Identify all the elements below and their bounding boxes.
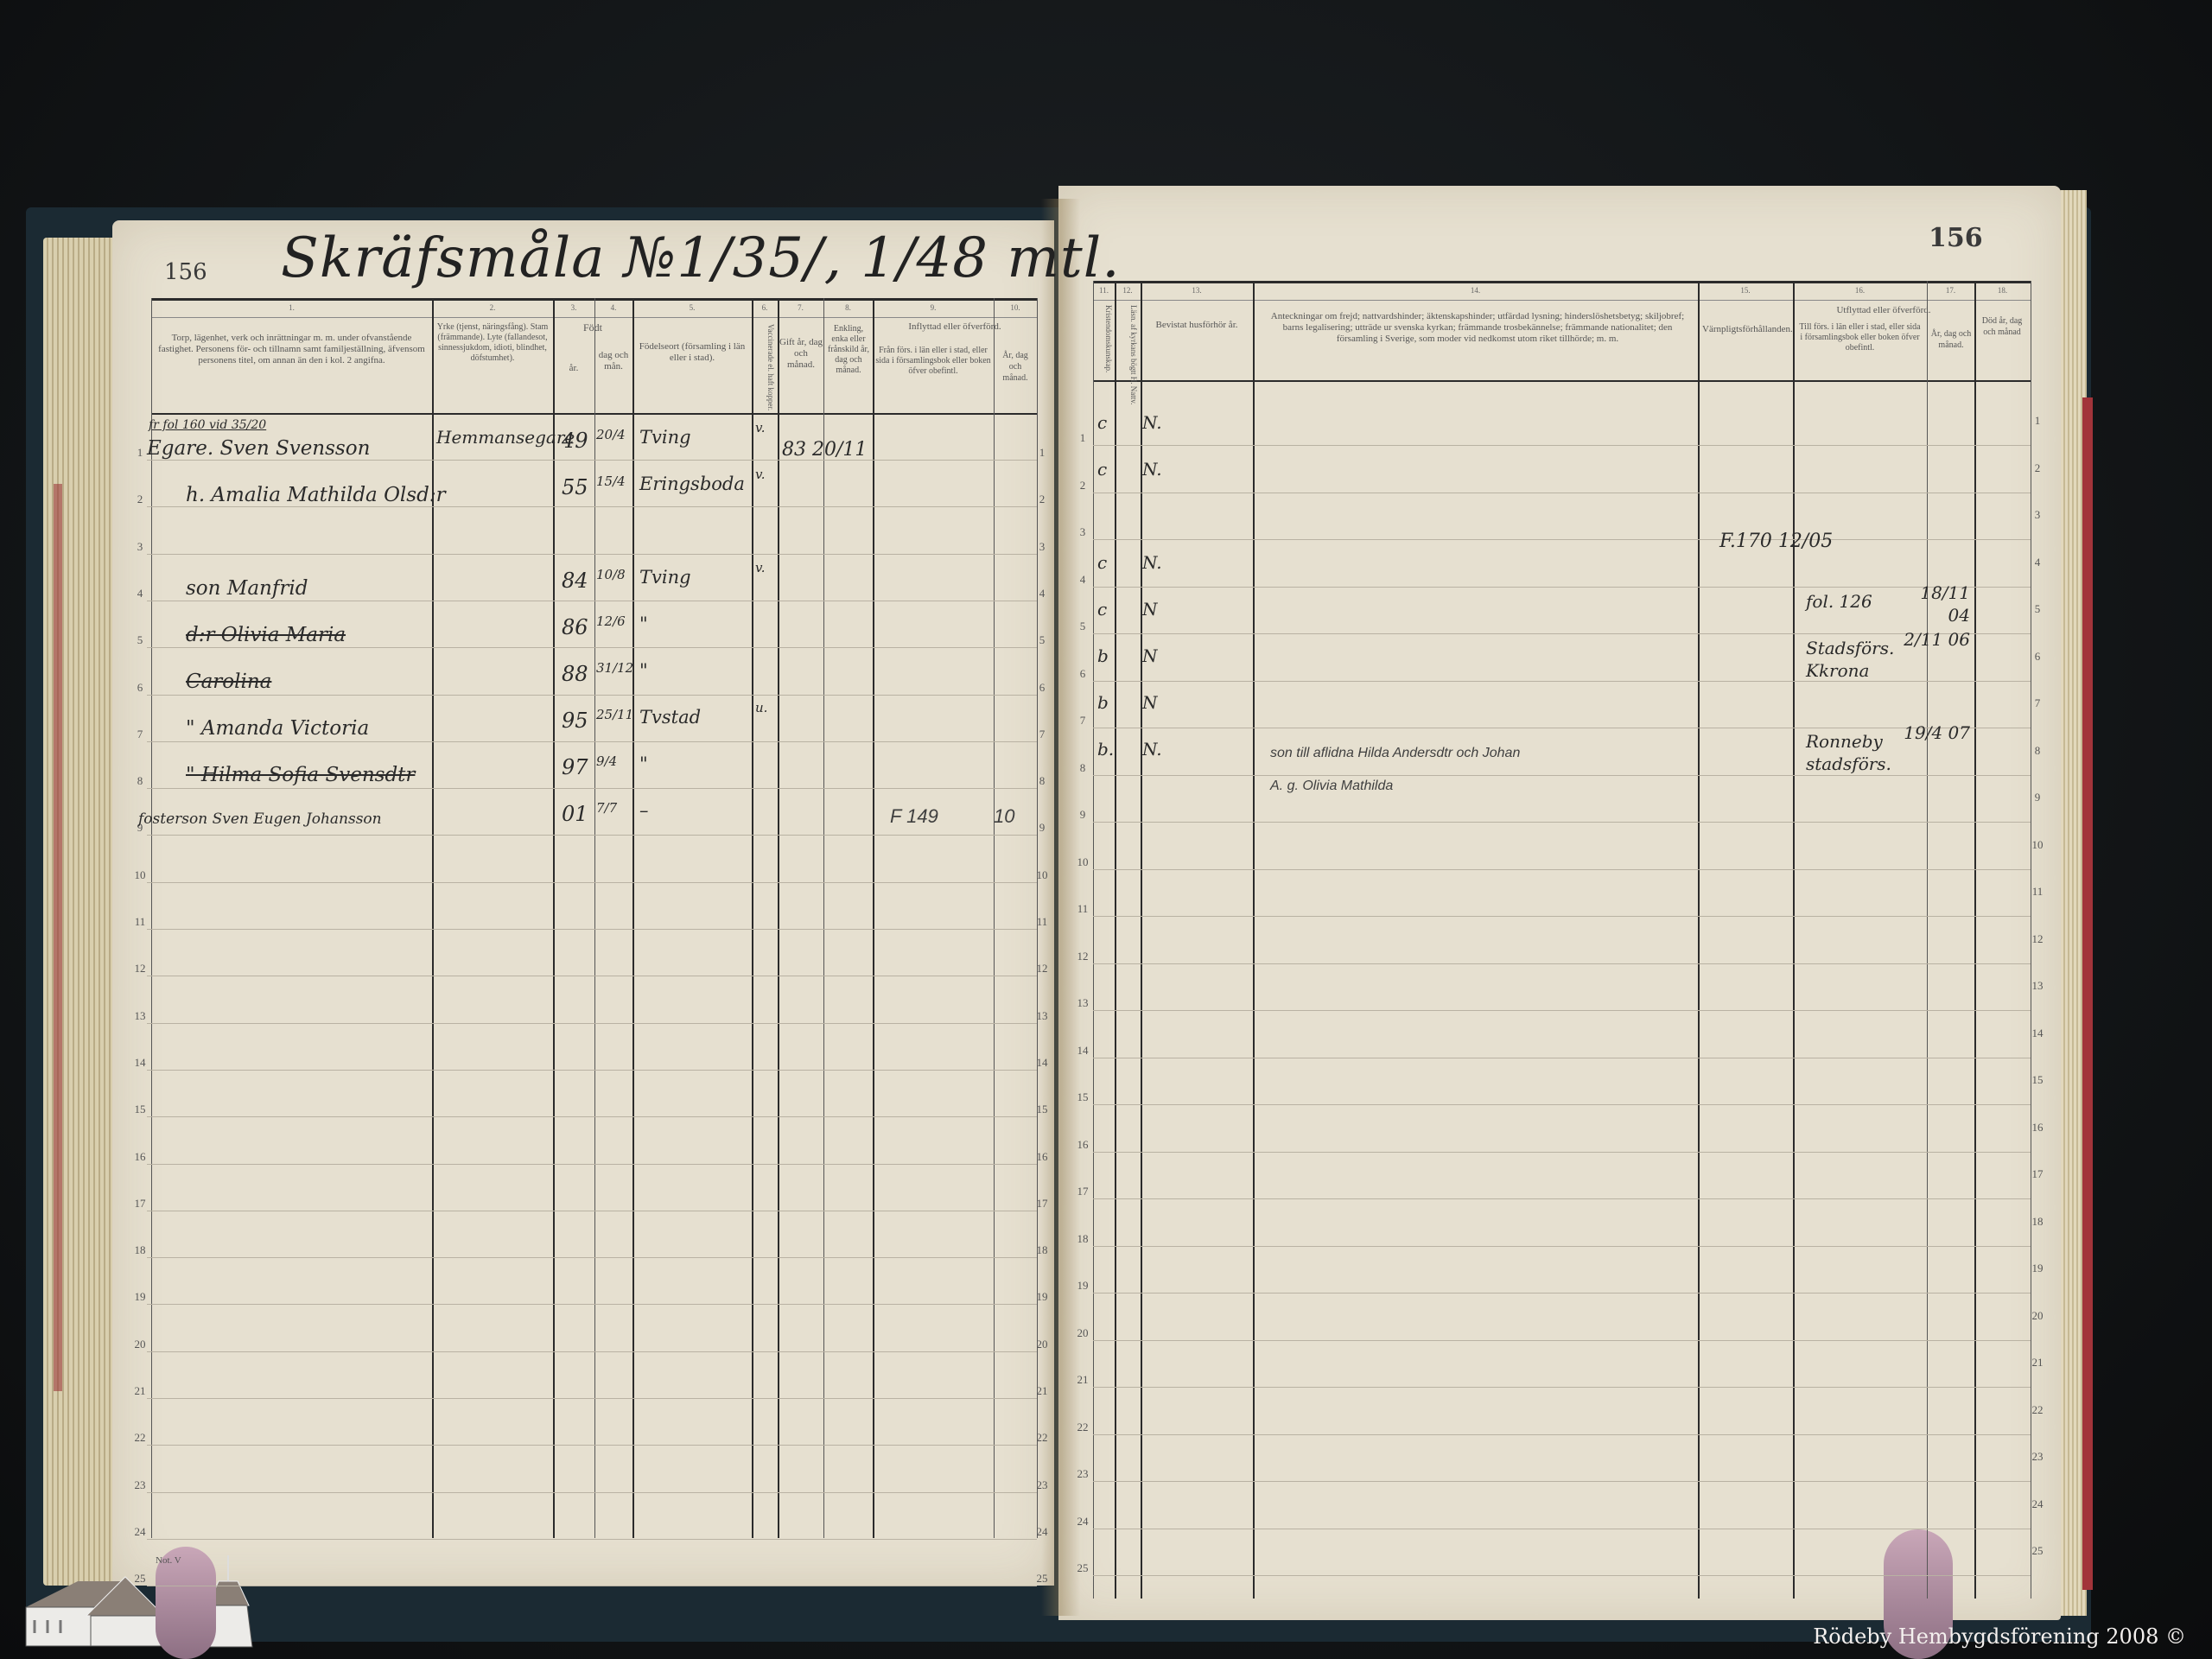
page-title: Skräfsmåla №1/35/, 1/48 mtl.	[281, 226, 1121, 290]
left-column-number: 10.	[994, 303, 1037, 312]
right-page-number: 156	[1929, 223, 1983, 253]
right-row-number-right: 7	[2029, 696, 2046, 710]
right-row-number-right: 3	[2029, 508, 2046, 522]
header-col11: Kristendomskunskap.	[1095, 305, 1114, 372]
entry-notes: son till aflidna Hilda Andersdtr och Joh…	[1270, 746, 1520, 761]
right-column-number: 16.	[1793, 286, 1927, 295]
right-row-number-left: 13	[1074, 996, 1091, 1010]
left-column-number: 9.	[873, 303, 994, 312]
right-row-number-right: 14	[2029, 1027, 2046, 1040]
entry-birth-year: 01	[562, 802, 588, 826]
right-row-number-right: 10	[2029, 838, 2046, 852]
left-footer: Not. V	[156, 1555, 181, 1567]
entry-birthplace: "	[639, 660, 648, 681]
entry-birthplace: Tving	[639, 567, 691, 588]
left-column-divider	[778, 298, 779, 1538]
entry-nattvard: N	[1142, 645, 1158, 666]
entry-name: d:r Olivia Maria	[186, 624, 346, 646]
right-row-number-right: 2	[2029, 461, 2046, 475]
entry-nattvard: N	[1142, 599, 1158, 620]
left-row-number: 13	[131, 1009, 149, 1023]
entry-moved-to-date: 18/11 04	[1901, 582, 1970, 626]
left-row-rule	[147, 882, 1037, 883]
header-col15: Värnpligtsförhållanden.	[1702, 324, 1789, 335]
right-row-number-left: 8	[1074, 761, 1091, 775]
left-column-number: 1.	[151, 303, 432, 312]
entry-birth-daymonth: 9/4	[596, 753, 617, 769]
right-row-number-right: 16	[2029, 1121, 2046, 1135]
right-column-divider	[1115, 281, 1116, 1599]
right-row-number-right: 20	[2029, 1309, 2046, 1323]
right-row-number-right: 4	[2029, 556, 2046, 569]
left-row-number: 19	[131, 1290, 149, 1304]
entry-kristendom: b	[1097, 645, 1109, 666]
entry-nattvard: N.	[1142, 739, 1162, 760]
left-row-number-right: 4	[1033, 587, 1051, 601]
right-row-rule	[1093, 1387, 2031, 1388]
left-row-number: 10	[131, 868, 149, 882]
entry-name: h. Amalia Mathilda Olsd:r	[186, 484, 446, 506]
entry-birth-daymonth: 31/12	[596, 660, 633, 676]
header-col5: Födelseort (församling i län eller i sta…	[637, 341, 747, 364]
right-row-rule	[1093, 1058, 2031, 1058]
left-row-rule	[147, 460, 1037, 461]
right-row-number-right: 6	[2029, 650, 2046, 664]
header-col10: År, dag och månad.	[995, 350, 1035, 384]
left-row-number-right: 5	[1033, 633, 1051, 647]
entry-name: " Hilma Sofia Svensdtr	[186, 764, 415, 786]
right-row-rule	[1093, 1152, 2031, 1153]
entry-varnplikt: F.170 12/05	[1719, 531, 1833, 552]
left-row-number-right: 15	[1033, 1103, 1051, 1116]
right-row-number-left: 21	[1074, 1373, 1091, 1387]
left-row-number: 7	[131, 728, 149, 741]
entry-name: son Manfrid	[186, 577, 308, 600]
right-row-number-left: 4	[1074, 573, 1091, 587]
entry-notes: A. g. Olivia Mathilda	[1270, 779, 1393, 794]
right-row-number-right: 11	[2029, 885, 2046, 899]
left-row-number-right: 21	[1033, 1384, 1051, 1398]
left-row-number-right: 11	[1033, 915, 1051, 929]
left-row-number-right: 13	[1033, 1009, 1051, 1023]
left-row-number: 4	[131, 587, 149, 601]
left-row-rule	[147, 554, 1037, 555]
left-row-number: 1	[131, 446, 149, 460]
entry-birthplace: "	[639, 753, 648, 774]
header-col17: År, dag och månad.	[1929, 328, 1974, 351]
header-utflyttad: Utflyttad eller öfverförd.	[1797, 305, 1970, 316]
right-row-number-left: 17	[1074, 1185, 1091, 1198]
left-column-number: 3.	[553, 303, 594, 312]
right-row-number-right: 13	[2029, 979, 2046, 993]
right-column-divider	[1927, 281, 1928, 1599]
header-col18: Död år, dag och månad	[1976, 315, 2028, 338]
left-row-rule	[147, 1351, 1037, 1352]
left-row-number-right: 8	[1033, 774, 1051, 788]
left-row-number: 2	[131, 493, 149, 506]
left-row-number-right: 25	[1033, 1572, 1051, 1586]
left-column-divider	[994, 298, 995, 1538]
right-row-rule	[1093, 587, 2031, 588]
right-row-number-left: 25	[1074, 1561, 1091, 1575]
right-row-number-right: 5	[2029, 602, 2046, 616]
entry-birthplace: Tving	[639, 427, 691, 448]
entry-birth-year: 97	[562, 755, 588, 779]
right-row-number-right: 24	[2029, 1497, 2046, 1511]
right-row-number-left: 14	[1074, 1044, 1091, 1058]
left-row-rule	[147, 1586, 1037, 1586]
entry-nattvard: N	[1142, 692, 1158, 713]
left-row-number: 17	[131, 1197, 149, 1211]
left-row-rule	[147, 835, 1037, 836]
header-col14: Anteckningar om frejd; nattvardshinder; …	[1270, 311, 1685, 345]
right-row-rule	[1093, 1104, 2031, 1105]
left-row-rule	[147, 788, 1037, 789]
left-column-divider	[151, 298, 152, 1538]
entry-birth-daymonth: 15/4	[596, 474, 626, 489]
entry-moved-date: 10	[994, 805, 1014, 828]
right-page	[1058, 186, 2061, 1620]
left-row-rule	[147, 1398, 1037, 1399]
left-row-number-right: 16	[1033, 1150, 1051, 1164]
entry-birth-year: 86	[562, 615, 588, 639]
right-row-number-right: 17	[2029, 1167, 2046, 1181]
right-row-number-left: 22	[1074, 1421, 1091, 1434]
entry-kristendom: c	[1097, 552, 1107, 573]
watermark: Rödeby Hembygdsförening 2008 ©	[1813, 1624, 2186, 1649]
left-row-rule	[147, 929, 1037, 930]
left-row-number-right: 10	[1033, 868, 1051, 882]
entry-vaccinated: u.	[755, 700, 767, 715]
right-row-number-left: 15	[1074, 1090, 1091, 1104]
right-row-number-left: 3	[1074, 525, 1091, 539]
reference-note: fr fol 160 vid 35/20	[149, 418, 266, 432]
left-row-number: 12	[131, 962, 149, 976]
left-row-number: 16	[131, 1150, 149, 1164]
right-row-rule	[1093, 869, 2031, 870]
right-column-divider	[1974, 281, 1976, 1599]
right-column-divider	[1093, 281, 1094, 1599]
entry-birth-daymonth: 10/8	[596, 567, 626, 582]
left-row-rule	[147, 695, 1037, 696]
left-row-number-right: 3	[1033, 540, 1051, 554]
left-row-number: 25	[131, 1572, 149, 1586]
right-row-rule	[1093, 445, 2031, 446]
left-column-number: 5.	[632, 303, 752, 312]
right-row-number-left: 23	[1074, 1467, 1091, 1481]
entry-birth-year: 55	[562, 475, 588, 499]
left-row-rule	[147, 1445, 1037, 1446]
right-column-number: 11.	[1093, 286, 1115, 295]
left-row-rule	[147, 506, 1037, 507]
right-column-number: 14.	[1253, 286, 1698, 295]
left-column-divider	[632, 298, 634, 1538]
left-row-rule	[147, 1492, 1037, 1493]
right-row-rule	[1093, 1246, 2031, 1247]
left-page-number: 156	[164, 259, 207, 285]
right-column-number: 13.	[1141, 286, 1253, 295]
left-row-number: 20	[131, 1338, 149, 1351]
left-row-number-right: 20	[1033, 1338, 1051, 1351]
right-row-number-right: 19	[2029, 1262, 2046, 1275]
right-row-rule	[1093, 1010, 2031, 1011]
entry-moved-to-date: 2/11 06	[1901, 628, 1970, 651]
right-header-bottom-rule	[1093, 380, 2031, 382]
entry-birth-daymonth: 12/6	[596, 613, 626, 629]
right-row-number-left: 1	[1074, 431, 1091, 445]
right-row-number-left: 19	[1074, 1279, 1091, 1293]
header-col16: Till förs. i län eller i stad, eller sid…	[1797, 322, 1923, 353]
header-col7: Gift år, dag och månad.	[779, 337, 823, 371]
right-row-number-left: 11	[1074, 902, 1091, 916]
header-col9: Från förs. i län eller i stad, eller sid…	[874, 346, 992, 377]
right-column-number: 12.	[1115, 286, 1141, 295]
left-row-number-right: 19	[1033, 1290, 1051, 1304]
right-row-rule	[1093, 1340, 2031, 1341]
left-row-number-right: 22	[1033, 1431, 1051, 1445]
left-row-rule	[147, 1257, 1037, 1258]
left-column-divider	[873, 298, 874, 1538]
entry-married: 83 20/11	[782, 439, 867, 461]
right-row-number-left: 6	[1074, 667, 1091, 681]
right-column-divider	[1253, 281, 1255, 1599]
left-row-number: 18	[131, 1243, 149, 1257]
right-row-number-right: 21	[2029, 1356, 2046, 1370]
entry-vaccinated: v.	[755, 467, 765, 482]
left-row-number-right: 2	[1033, 493, 1051, 506]
left-row-rule	[147, 741, 1037, 742]
left-row-number: 15	[131, 1103, 149, 1116]
right-row-rule	[1093, 493, 2031, 493]
church-logo-icon	[17, 1547, 276, 1650]
right-row-number-right: 9	[2029, 791, 2046, 804]
entry-birth-year: 95	[562, 709, 588, 733]
header-col13: Bevistat husförhör år.	[1149, 320, 1244, 331]
left-row-number: 5	[131, 633, 149, 647]
entry-nattvard: N.	[1142, 552, 1162, 573]
left-row-rule	[147, 1070, 1037, 1071]
header-col8: Enkling, enka eller frånskild år, dag oc…	[825, 324, 872, 376]
left-row-rule	[147, 647, 1037, 648]
right-row-rule	[1093, 1198, 2031, 1199]
left-column-number: 2.	[432, 303, 553, 312]
entry-name: fosterson Sven Eugen Johansson	[138, 810, 382, 828]
right-row-rule	[1093, 1529, 2031, 1529]
right-row-rule	[1093, 963, 2031, 964]
left-row-number: 3	[131, 540, 149, 554]
right-row-number-left: 12	[1074, 950, 1091, 963]
left-column-number: 4.	[594, 303, 632, 312]
entry-birth-daymonth: 25/11	[596, 707, 633, 722]
right-row-number-left: 20	[1074, 1326, 1091, 1340]
right-column-number: 17.	[1927, 286, 1974, 295]
left-row-rule	[147, 976, 1037, 976]
right-row-number-right: 12	[2029, 932, 2046, 946]
left-column-number: 8.	[823, 303, 873, 312]
right-row-number-right: 1	[2029, 414, 2046, 428]
entry-name: Carolina	[186, 671, 271, 693]
left-row-number-right: 17	[1033, 1197, 1051, 1211]
right-row-number-left: 24	[1074, 1515, 1091, 1529]
right-row-rule	[1093, 1575, 2031, 1576]
left-row-rule	[147, 1304, 1037, 1305]
entry-birth-year: 88	[562, 662, 588, 686]
left-row-number-right: 18	[1033, 1243, 1051, 1257]
header-inflyttad: Inflyttad eller öfverförd.	[874, 321, 1035, 333]
left-row-number-right: 9	[1033, 821, 1051, 835]
right-row-number-right: 25	[2029, 1544, 2046, 1558]
right-row-number-left: 16	[1074, 1138, 1091, 1152]
left-row-number: 6	[131, 681, 149, 695]
right-row-rule	[1093, 539, 2031, 540]
entry-moved-to-date: 19/4 07	[1901, 721, 1970, 744]
left-column-divider	[823, 298, 824, 1538]
header-fodd: Födt	[553, 322, 632, 334]
left-row-number: 22	[131, 1431, 149, 1445]
left-column-divider	[594, 298, 595, 1538]
entry-birthplace: –	[639, 800, 649, 821]
entry-vaccinated: v.	[755, 420, 765, 435]
left-column-number: 7.	[778, 303, 823, 312]
left-row-number-right: 23	[1033, 1478, 1051, 1492]
entry-kristendom: b.	[1097, 739, 1114, 760]
entry-kristendom: c	[1097, 412, 1107, 433]
left-row-rule	[147, 1539, 1037, 1540]
left-column-divider	[752, 298, 753, 1538]
right-row-rule	[1093, 728, 2031, 728]
left-row-number: 23	[131, 1478, 149, 1492]
right-row-rule	[1093, 822, 2031, 823]
entry-birthplace: Eringsboda	[639, 474, 745, 494]
right-row-number-right: 22	[2029, 1403, 2046, 1417]
left-row-number: 8	[131, 774, 149, 788]
entry-name: Egare. Sven Svensson	[147, 437, 370, 460]
right-row-rule	[1093, 633, 2031, 634]
right-column-number: 15.	[1698, 286, 1793, 295]
left-column-divider	[553, 298, 555, 1538]
left-row-number-right: 14	[1033, 1056, 1051, 1070]
entry-vaccinated: v.	[755, 560, 765, 575]
left-row-rule	[147, 1023, 1037, 1024]
left-row-number: 24	[131, 1525, 149, 1539]
red-page-edge-right	[2082, 397, 2093, 1590]
left-row-number-right: 1	[1033, 446, 1051, 460]
entry-birthplace: Tvstad	[639, 707, 701, 728]
right-column-number-rule	[1093, 300, 2031, 301]
left-row-number-right: 12	[1033, 962, 1051, 976]
left-row-rule	[147, 1211, 1037, 1211]
header-col12: Läsn. af kyrkans bögtt H. Nattv.	[1116, 305, 1139, 404]
entry-name: " Amanda Victoria	[186, 717, 369, 740]
right-column-divider	[1698, 281, 1700, 1599]
right-row-number-right: 23	[2029, 1450, 2046, 1464]
right-row-number-left: 7	[1074, 714, 1091, 728]
left-row-number: 14	[131, 1056, 149, 1070]
header-col1: Torp, lägenhet, verk och inrättningar m.…	[156, 333, 428, 366]
red-page-edge-left	[54, 484, 62, 1391]
right-header-top-rule	[1093, 281, 2031, 283]
right-column-number: 18.	[1974, 286, 2031, 295]
header-col3: år.	[553, 363, 594, 374]
entry-kristendom: c	[1097, 599, 1107, 620]
right-row-number-left: 2	[1074, 479, 1091, 493]
left-row-rule	[147, 1116, 1037, 1117]
left-row-number: 11	[131, 915, 149, 929]
left-row-number-right: 24	[1033, 1525, 1051, 1539]
right-row-rule	[1093, 1481, 2031, 1482]
header-col4: dag och mån.	[594, 350, 632, 372]
left-row-number: 21	[131, 1384, 149, 1398]
entry-occupation: Hemmansegare	[436, 427, 575, 448]
right-row-number-left: 10	[1074, 855, 1091, 869]
right-row-number-left: 9	[1074, 808, 1091, 822]
right-row-number-left: 18	[1074, 1232, 1091, 1246]
left-row-number-right: 7	[1033, 728, 1051, 741]
right-row-number-right: 18	[2029, 1215, 2046, 1229]
entry-birthplace: "	[639, 613, 648, 634]
entry-nattvard: N.	[1142, 412, 1162, 433]
left-row-number-right: 6	[1033, 681, 1051, 695]
right-row-rule	[1093, 1434, 2031, 1435]
right-row-rule	[1093, 916, 2031, 917]
header-col2: Yrke (tjenst, näringsfång). Stam (främma…	[436, 322, 549, 364]
left-row-rule	[147, 1164, 1037, 1165]
entry-moved-from: F 149	[890, 805, 938, 828]
header-col6: Vaccinerade el. haft kopper.	[753, 324, 776, 410]
entry-birth-year: 49	[562, 429, 588, 453]
right-row-number-right: 8	[2029, 744, 2046, 758]
left-column-number: 6.	[752, 303, 778, 312]
left-row-rule	[147, 601, 1037, 601]
right-row-number-left: 5	[1074, 620, 1091, 633]
right-row-rule	[1093, 1293, 2031, 1294]
right-column-divider	[1793, 281, 1795, 1599]
entry-birth-daymonth: 20/4	[596, 427, 626, 442]
entry-birth-daymonth: 7/7	[596, 800, 617, 816]
entry-kristendom: b	[1097, 692, 1109, 713]
entry-nattvard: N.	[1142, 459, 1162, 480]
entry-kristendom: c	[1097, 459, 1107, 480]
right-row-number-right: 15	[2029, 1073, 2046, 1087]
entry-birth-year: 84	[562, 569, 588, 593]
